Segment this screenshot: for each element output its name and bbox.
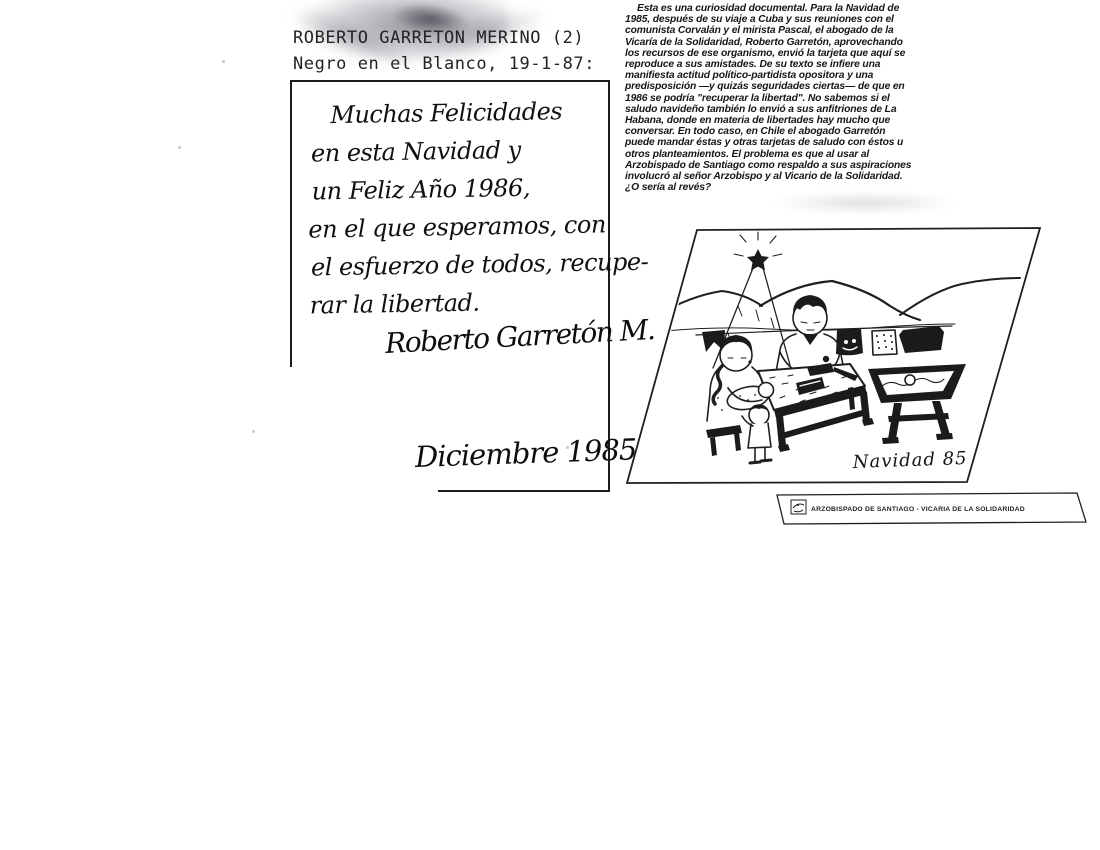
article-line: otros planteamientos. El problema es que… [625, 149, 925, 160]
article-line: los recursos de ese organismo, envió la … [625, 48, 925, 59]
article-line: predisposición —y quizás seguridades cie… [625, 81, 925, 92]
card-footer-text: ARZOBISPADO DE SANTIAGO - VICARIA DE LA … [811, 506, 1025, 513]
document-title: ROBERTO GARRETON MERINO (2) [293, 28, 584, 48]
scan-speck [178, 146, 181, 149]
article-line: reproduce a sus amistades. De su texto s… [625, 59, 925, 70]
article-line: Habana, donde en materia de libertades h… [625, 115, 925, 126]
note-border-left [290, 80, 292, 367]
note-border-top [290, 80, 610, 82]
article-column: Esta es una curiosidad documental. Para … [625, 3, 925, 193]
greeting-line: Muchas Felicidades [330, 91, 602, 134]
article-line: conversar. En todo caso, en Chile el abo… [625, 126, 925, 137]
scan-speck [222, 60, 225, 63]
article-line: puede mandar éstas y otras tarjetas de s… [625, 137, 925, 148]
article-line: involucró al señor Arzobispo y al Vicari… [625, 171, 925, 182]
article-line: 1986 se podría "recuperar la libertad". … [625, 93, 925, 104]
article-line: Vicaría de la Solidaridad, Roberto Garre… [625, 37, 925, 48]
scan-speck [252, 430, 255, 433]
article-line: ¿O sería al revés? [625, 182, 925, 193]
note-border-bottom [438, 490, 610, 492]
greeting-line: el esfuerzo de todos, recupe- [311, 243, 605, 286]
handwritten-greeting: Muchas Felicidades en esta Navidad y un … [306, 91, 605, 324]
article-line: Esta es una curiosidad documental. Para … [625, 3, 925, 14]
article-line: comunista Corvalán y el mirista Pascal, … [625, 25, 925, 36]
article-line: manifiesta actitud político-partidista o… [625, 70, 925, 81]
greeting-line: un Feliz Año 1986, [311, 167, 603, 210]
christmas-card: Navidad 85 ARZOBISPADO DE SANTIAGO - VIC… [610, 218, 1090, 528]
scanned-document-page: ROBERTO GARRETON MERINO (2) Negro en el … [0, 0, 1100, 850]
article-line: Arzobispado de Santiago como respaldo a … [625, 160, 925, 171]
handwritten-note-box: Muchas Felicidades en esta Navidad y un … [290, 80, 610, 492]
greeting-line: en el que esperamos, con [308, 205, 604, 248]
article-line: saludo navideño también lo envió a sus a… [625, 104, 925, 115]
greeting-line: en esta Navidad y [311, 129, 603, 172]
document-subtitle: Negro en el Blanco, 19-1-87: [293, 54, 595, 74]
laundry-dotted-cloth [872, 330, 897, 355]
article-line: 1985, después de su viaje a Cuba y sus r… [625, 14, 925, 25]
card-outline [627, 228, 1040, 483]
halftone-smudge [770, 192, 960, 214]
laundry-shirt [899, 326, 944, 353]
card-caption: Navidad 85 [851, 448, 967, 473]
